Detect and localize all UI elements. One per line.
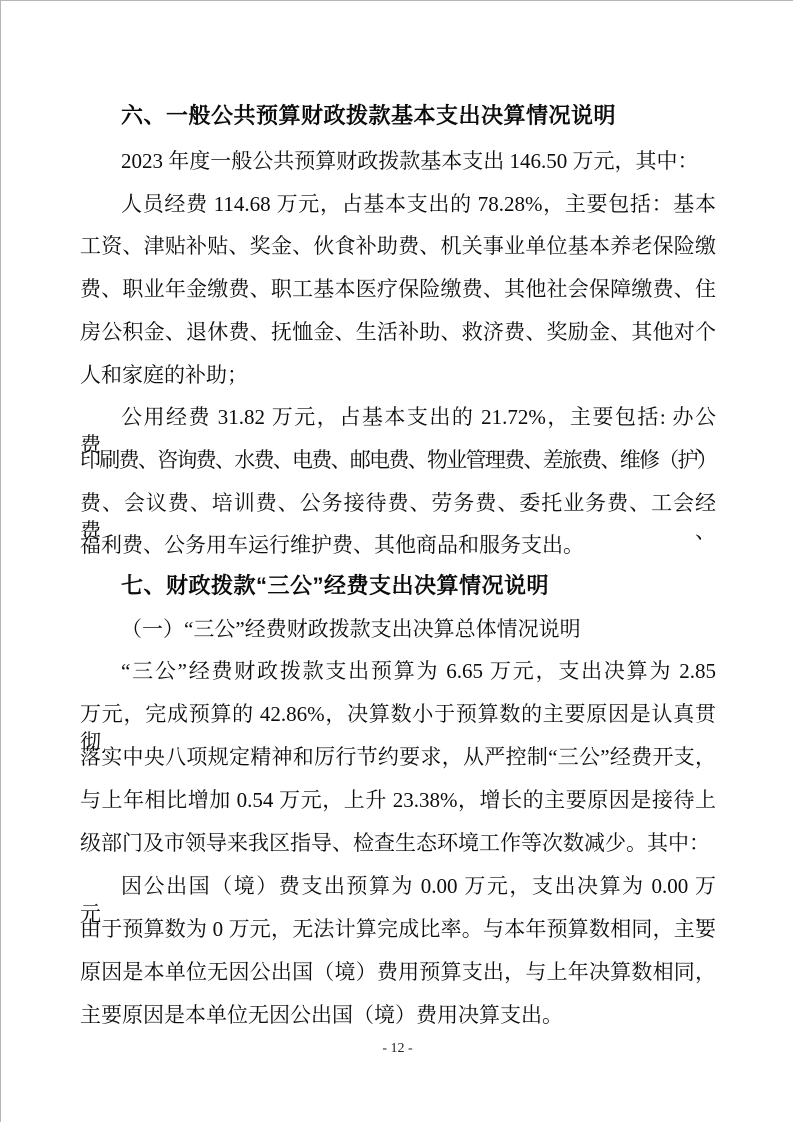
section7-overview-line: “三公”经费财政拨款支出预算为 6.65 万元，支出决算为 2.85: [80, 657, 716, 685]
section6-heading: 六、一般公共预算财政拨款基本支出决算情况说明: [80, 102, 716, 130]
section7-heading: 七、财政拨款“三公”经费支出决算情况说明: [80, 572, 716, 600]
page-number: - 12 -: [1, 1041, 793, 1057]
section6-personnel-line: 工资、津贴补贴、奖金、伙食补助费、机关事业单位基本养老保险缴: [80, 232, 716, 260]
section6-public-line: 印刷费、咨询费、水费、电费、邮电费、物业管理费、差旅费、维修（护）: [80, 446, 716, 474]
section7-overview-line: 落实中央八项规定精神和厉行节约要求，从严控制“三公”经费开支，: [80, 743, 716, 771]
section7-overview-line: 与上年相比增加 0.54 万元，上升 23.38%，增长的主要原因是接待上: [80, 786, 716, 814]
section7-overview-line: 级部门及市领导来我区指导、检查生态环境工作等次数减少。其中：: [80, 829, 716, 857]
section6-personnel-line: 人员经费 114.68 万元，占基本支出的 78.28%，主要包括：基本: [80, 190, 716, 218]
section6-public-line: 福利费、公务用车运行维护费、其他商品和服务支出。: [80, 531, 716, 559]
section7-sub1-heading: （一）“三公”经费财政拨款支出决算总体情况说明: [80, 615, 716, 643]
section6-personnel-line: 人和家庭的补助；: [80, 361, 716, 389]
section6-personnel-line: 费、职业年金缴费、职工基本医疗保险缴费、其他社会保障缴费、住: [80, 275, 716, 303]
section7-abroad-line: 主要原因是本单位无因公出国（境）费用决算支出。: [80, 1001, 716, 1029]
section6-personnel-line: 房公积金、退休费、抚恤金、生活补助、救济费、奖励金、其他对个: [80, 318, 716, 346]
document-page: 六、一般公共预算财政拨款基本支出决算情况说明 2023 年度一般公共预算财政拨款…: [0, 0, 793, 1122]
section7-abroad-line: 原因是本单位无因公出国（境）费用预算支出，与上年决算数相同，: [80, 958, 716, 986]
section7-abroad-line: 由于预算数为 0 万元，无法计算完成比率。与本年预算数相同，主要: [80, 915, 716, 943]
section6-total-line: 2023 年度一般公共预算财政拨款基本支出 146.50 万元，其中：: [80, 147, 716, 175]
